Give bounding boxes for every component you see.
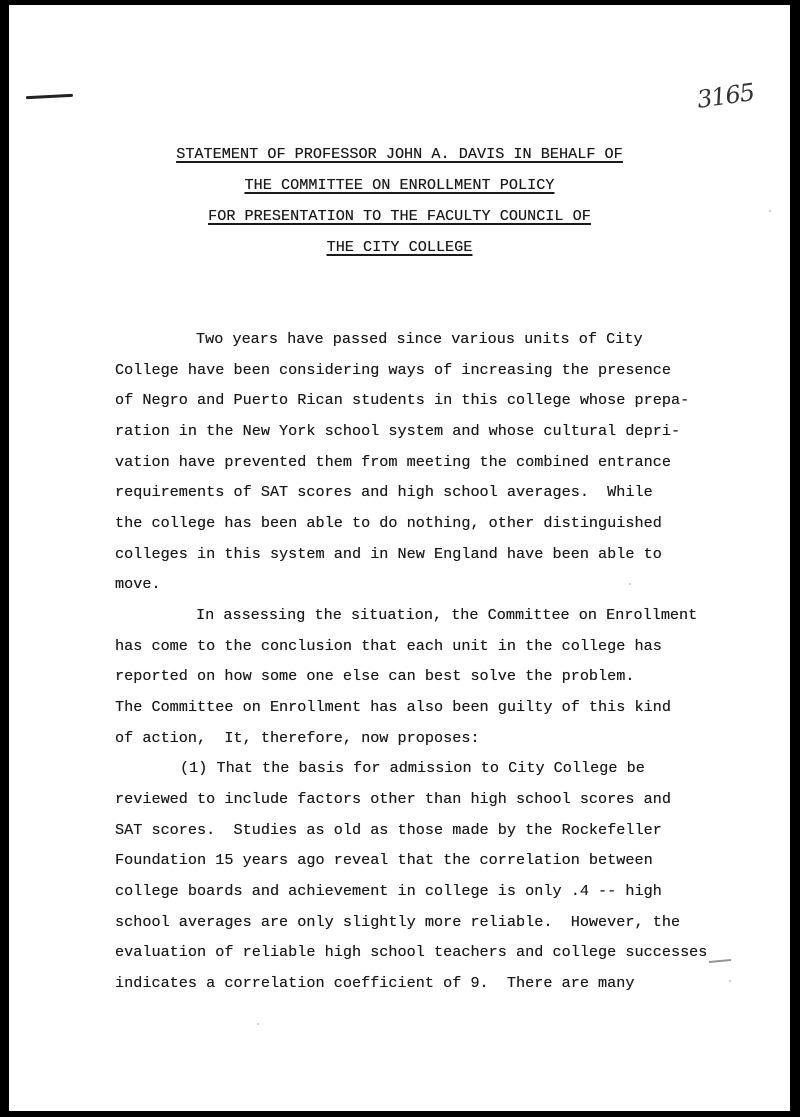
- paper-speck: [629, 583, 631, 585]
- body-line: evaluation of reliable high school teach…: [115, 942, 707, 962]
- body-line: has come to the conclusion that each uni…: [115, 636, 662, 656]
- body-line: College have been considering ways of in…: [115, 360, 671, 380]
- body-line: In assessing the situation, the Committe…: [115, 605, 697, 625]
- paper-speck: [769, 210, 771, 212]
- body-line: Two years have passed since various unit…: [115, 329, 643, 349]
- body-line: college boards and achievement in colleg…: [115, 881, 662, 901]
- document-page: 3165 STATEMENT OF PROFESSOR JOHN A. DAVI…: [9, 5, 790, 1111]
- body-line: The Committee on Enrollment has also bee…: [115, 697, 671, 717]
- body-line: vation have prevented them from meeting …: [115, 452, 671, 472]
- ink-smudge: [709, 959, 731, 963]
- title-line-3: FOR PRESENTATION TO THE FACULTY COUNCIL …: [9, 206, 790, 226]
- body-line: SAT scores. Studies as old as those made…: [115, 820, 662, 840]
- body-line: of Negro and Puerto Rican students in th…: [115, 390, 689, 410]
- body-line: the college has been able to do nothing,…: [115, 513, 662, 533]
- title-line-4: THE CITY COLLEGE: [9, 237, 790, 257]
- body-line: requirements of SAT scores and high scho…: [115, 482, 653, 502]
- body-line: Foundation 15 years ago reveal that the …: [115, 850, 653, 870]
- body-line: (1) That the basis for admission to City…: [115, 758, 645, 778]
- body-line: school averages are only slightly more r…: [115, 912, 680, 932]
- archive-number-handwritten: 3165: [695, 78, 755, 114]
- paper-speck: [729, 980, 731, 982]
- body-line: reported on how some one else can best s…: [115, 666, 635, 686]
- body-line: reviewed to include factors other than h…: [115, 789, 671, 809]
- body-line: colleges in this system and in New Engla…: [115, 544, 662, 564]
- title-line-1: STATEMENT OF PROFESSOR JOHN A. DAVIS IN …: [9, 144, 790, 164]
- margin-dash-mark: [26, 94, 73, 99]
- body-line: of action, It, therefore, now proposes:: [115, 728, 480, 748]
- paper-speck: [257, 1023, 259, 1025]
- body-line: indicates a correlation coefficient of 9…: [115, 973, 635, 993]
- body-line: ration in the New York school system and…: [115, 421, 680, 441]
- title-line-2: THE COMMITTEE ON ENROLLMENT POLICY: [9, 175, 790, 195]
- body-line: move.: [115, 574, 161, 594]
